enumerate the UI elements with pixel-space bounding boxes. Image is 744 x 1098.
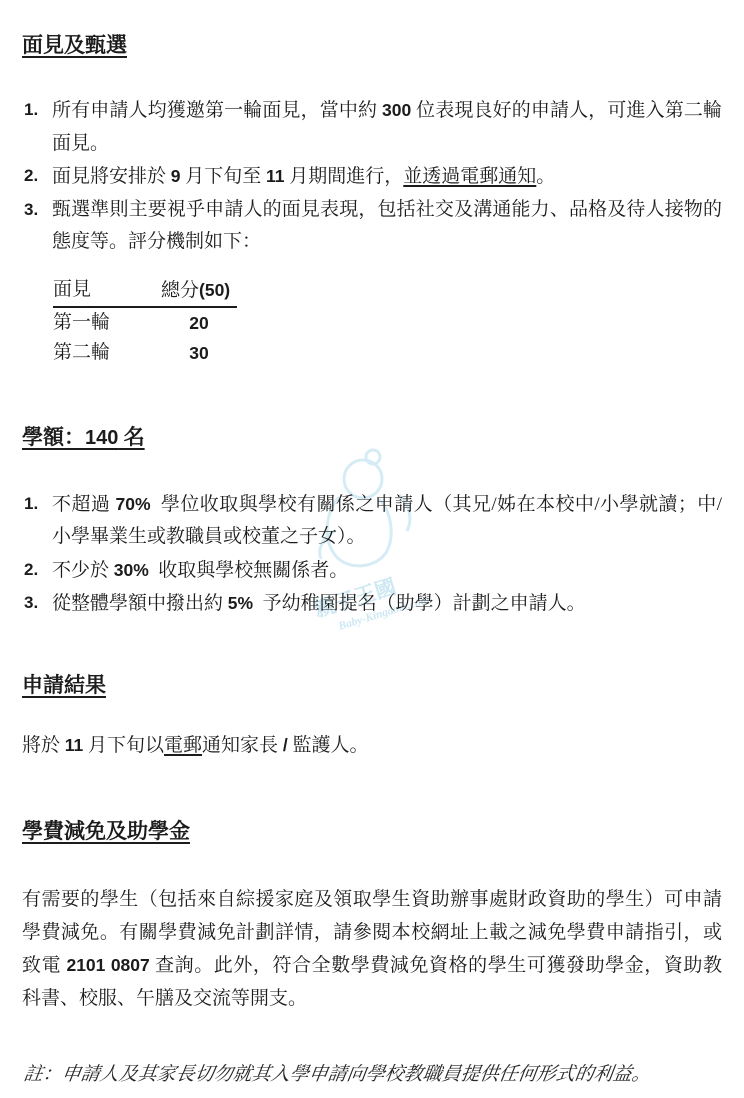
- number-segment: 300: [382, 100, 411, 120]
- text-segment: 予幼稚園提名（助學）計劃之申請人。: [253, 593, 586, 614]
- section-heading-result: 申請結果: [22, 672, 722, 698]
- table-header-total: 總分(50): [161, 275, 237, 306]
- list-text: 所有申請人均獲邀第一輪面見，當中約 300 位表現良好的申請人，可進入第二輪面見…: [52, 100, 722, 154]
- list-item: 2. 面見將安排於 9 月下旬至 11 月期間進行，並透過電郵通知。: [22, 160, 722, 194]
- text-segment: 收取與學校無關係者。: [149, 560, 349, 581]
- list-text: 從整體學額中撥出約 5% 予幼稚園提名（助學）計劃之申請人。: [52, 593, 586, 614]
- table-cell-score: 20: [161, 308, 237, 338]
- number-segment: (50): [199, 280, 230, 300]
- number-segment: 30%: [114, 560, 149, 580]
- text-segment: 月期間進行，: [285, 166, 404, 187]
- text-segment: 名: [118, 425, 144, 449]
- text-segment: 總分: [161, 280, 199, 301]
- underlined-phrase: 並透過電郵通知: [403, 166, 536, 187]
- text-segment: 月下旬至: [181, 166, 267, 187]
- list-item: 1. 不超過 70% 學位收取與學校有關係之申請人（其兄/姊在本校中/小學就讀；…: [22, 488, 722, 554]
- result-paragraph: 將於 11 月下旬以電郵通知家長 / 監護人。: [22, 729, 722, 763]
- table-cell-round: 第一輪: [53, 308, 161, 338]
- list-text: 不超過 70% 學位收取與學校有關係之申請人（其兄/姊在本校中/小學就讀；中/小…: [52, 494, 722, 548]
- phone-number: 2101 0807: [66, 955, 149, 975]
- text-segment: 不超過: [52, 494, 116, 515]
- text-segment: 學位收取與學校有關係之申請人（其兄/姊在本校中/小學就讀；中/小學畢業生或教職員…: [52, 494, 722, 548]
- list-number: 2.: [24, 160, 38, 193]
- list-item: 3. 甄選準則主要視乎申請人的面見表現，包括社交及溝通能力、品格及待人接物的態度…: [22, 194, 722, 259]
- list-text: 甄選準則主要視乎申請人的面見表現，包括社交及溝通能力、品格及待人接物的態度等。評…: [52, 199, 722, 253]
- list-item: 1. 所有申請人均獲邀第一輪面見，當中約 300 位表現良好的申請人，可進入第二…: [22, 94, 722, 160]
- text-segment: 將於: [22, 735, 65, 756]
- list-number: 1.: [24, 94, 38, 127]
- table-header-interview: 面見: [53, 275, 161, 306]
- list-number: 1.: [24, 488, 38, 521]
- text-segment: 學額：: [22, 425, 85, 449]
- footnote: 註：申請人及其家長切勿就其入學申請向學校教職員提供任何形式的利益。: [22, 1062, 726, 1087]
- number-segment: 140: [85, 427, 118, 449]
- number-segment: 11: [65, 735, 84, 755]
- fee-remission-paragraph: 有需要的學生（包括來自綜援家庭及領取學生資助辦事處財政資助的學生）可申請學費減免…: [22, 884, 722, 1015]
- table-header-row: 面見 總分(50): [53, 275, 237, 308]
- list-number: 2.: [24, 554, 38, 587]
- table-cell-score: 30: [161, 338, 237, 368]
- number-segment: 9: [171, 166, 181, 186]
- text-segment: 面見將安排於: [52, 166, 171, 187]
- score-table: 面見 總分(50) 第一輪 20 第二輪 30: [53, 275, 722, 368]
- text-segment: 所有申請人均獲邀第一輪面見，當中約: [52, 100, 382, 121]
- table-cell-round: 第二輪: [53, 338, 161, 368]
- text-segment: 監護人。: [288, 735, 369, 756]
- list-number: 3.: [24, 194, 38, 227]
- list-text: 不少於 30% 收取與學校無關係者。: [52, 560, 348, 581]
- text-segment: 月下旬以: [83, 735, 164, 756]
- section-heading-quota: 學額：140 名: [22, 424, 722, 451]
- section-heading-interview: 面見及甄選: [22, 32, 722, 58]
- document-page: { "page": {"background": "#ffffff", "tex…: [0, 0, 744, 1098]
- document-body: 面見及甄選 1. 所有申請人均獲邀第一輪面見，當中約 300 位表現良好的申請人…: [0, 0, 744, 1087]
- text-segment: 甄選準則主要視乎申請人的面見表現，包括社交及溝通能力、品格及待人接物的態度等。評…: [52, 199, 722, 253]
- underlined-phrase: 電郵: [164, 735, 202, 756]
- text-segment: 從整體學額中撥出約: [52, 593, 228, 614]
- text-segment: 通知家長: [202, 735, 283, 756]
- number-segment: 5%: [228, 593, 253, 613]
- text-segment: 。: [536, 166, 555, 187]
- number-segment: 70%: [116, 494, 151, 514]
- text-segment: 不少於: [52, 560, 114, 581]
- list-item: 3. 從整體學額中撥出約 5% 予幼稚園提名（助學）計劃之申請人。: [22, 587, 722, 621]
- list-text: 面見將安排於 9 月下旬至 11 月期間進行，並透過電郵通知。: [52, 166, 555, 187]
- table-row: 第二輪 30: [53, 338, 237, 368]
- list-number: 3.: [24, 587, 38, 620]
- number-segment: 11: [266, 166, 285, 186]
- table-row: 第一輪 20: [53, 308, 237, 338]
- section-heading-fee-remission: 學費減免及助學金: [22, 818, 722, 844]
- list-item: 2. 不少於 30% 收取與學校無關係者。: [22, 554, 722, 588]
